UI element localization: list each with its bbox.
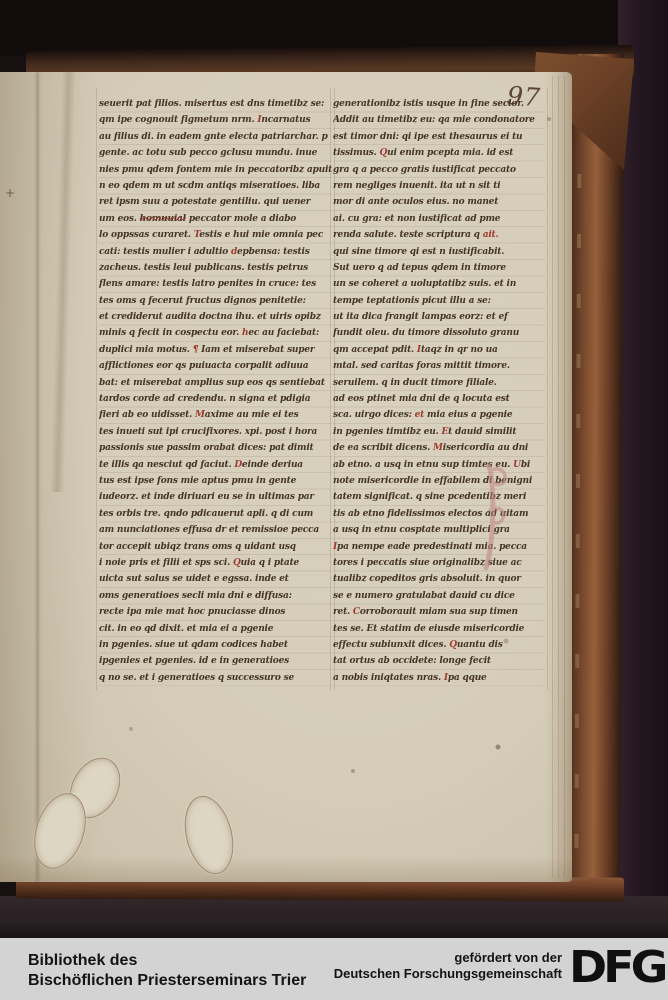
library-name-line2: Bischöflichen Priesterseminars Trier	[28, 971, 306, 991]
text-segment: Sut uero q ad tepus qdem in timore	[333, 263, 506, 273]
text-segment: renda salute. teste scriptura q	[333, 230, 483, 240]
manuscript-text-line: gra q a pecco gratis iustificat peccato	[333, 162, 545, 178]
text-segment: tes orbis tre. qndo pdicauerut apli. q d…	[99, 509, 313, 519]
manuscript-text-line: tissimus. Qui enim pcepta mia. id est	[333, 145, 545, 161]
manuscript-text-line: afflictiones eor qs puiuacta corpalit ad…	[99, 358, 332, 374]
text-segment: lo oppssas curaret.	[99, 230, 194, 240]
manuscript-text-line: fieri ab eo uidisset. Maxime au mie ei t…	[99, 407, 332, 423]
text-segment: mtal. sed caritas foras mittit timore.	[333, 361, 510, 371]
text-segment: tardos corde ad credendu. n signa et pdi…	[99, 394, 310, 404]
book-cover-right-edge	[568, 54, 624, 900]
text-column-left: seuerit pat filios. misertus est dns tim…	[99, 96, 332, 686]
manuscript-text-line: cati: testis mulier i adultio depbensa: …	[99, 244, 332, 260]
text-segment: cit. in eo qd dixit. et mia ei a pgenie	[99, 624, 273, 634]
text-segment: tualibz copeditos gris absoluit. in quor	[333, 574, 521, 584]
manuscript-text-line: seruilem. q in ducit timore filiale.	[333, 375, 545, 391]
manuscript-text-line: q no se. et i generatioes q successuro s…	[99, 670, 332, 686]
text-segment: ui enim pcepta mia. id est	[387, 148, 513, 158]
text-segment: passionis sue passim orabat dices: pat d…	[99, 443, 314, 453]
manuscript-text-line: au filius di. in eadem gnte electa patri…	[99, 129, 332, 145]
text-column-right: generationibz istis usque in fine seclor…	[333, 96, 545, 686]
manuscript-text-line: de ea scribit dicens. Misericordia au dn…	[333, 440, 545, 456]
manuscript-text-line: nies pmu qdem fontem mie in peccatoribz …	[99, 162, 332, 178]
manuscript-text-line: tor accepit ubiqz trans oms q uidant usq	[99, 539, 332, 555]
rubric-initial: ait.	[483, 230, 499, 240]
manuscript-text-line: n eo qdem m ut scdm antiqs miseratioes. …	[99, 178, 332, 194]
manuscript-text-line: tualibz copeditos gris absoluit. in quor	[333, 571, 545, 587]
text-segment: de ea scribit dicens.	[333, 443, 433, 453]
text-segment: a nobis iniqtates nras.	[333, 673, 444, 683]
text-segment: oms generatioes secli mia dni e diffusa:	[99, 591, 292, 601]
text-segment: est timor dni: qi ipe est thesaurus ei t…	[333, 132, 522, 142]
bottom-shading	[0, 856, 572, 882]
manuscript-text-line: tis ab etno fidelissimos electos ad uita…	[333, 506, 545, 522]
manuscript-text-line: sca. uirgo dices: et mia eius a pgenie	[333, 407, 545, 423]
text-segment: q no se. et i generatioes q successuro s…	[99, 673, 294, 683]
manuscript-text-line: tes oms q fecerut fructus dignos penitet…	[99, 293, 332, 309]
manuscript-text-line: tatem significat. q sine pcedentibz meri	[333, 489, 545, 505]
text-segment: flens amare: testis latro penites in cru…	[99, 279, 316, 289]
text-segment: tor accepit ubiqz trans oms q uidant usq	[99, 542, 296, 552]
rubric-initial: M	[195, 410, 205, 420]
manuscript-text-line: qui sine timore qi est n iustificabit.	[333, 244, 545, 260]
manuscript-text-line: Sut uero q ad tepus qdem in timore	[333, 260, 545, 276]
manuscript-text-line: bat: et miserebat amplius sup eos qs sen…	[99, 375, 332, 391]
rubric-initial: D	[234, 460, 242, 470]
funding-credit: gefördert von der Deutschen Forschungsge…	[334, 950, 562, 982]
manuscript-text-line: zacheus. testis leui publicans. testis p…	[99, 260, 332, 276]
backdrop-bottom	[0, 896, 668, 940]
manuscript-text-line: tes se. Et statim de eiusde misericordie	[333, 621, 545, 637]
manuscript-text-line: qm accepat pdit. Itaqz in qr no ua	[333, 342, 545, 358]
text-segment: uia q i ptate	[241, 558, 299, 568]
manuscript-text-line: passionis sue passim orabat dices: pat d…	[99, 440, 332, 456]
text-segment: au filius di. in eadem gnte electa patri…	[99, 132, 328, 142]
text-segment: Iam et miserebat super	[198, 345, 314, 355]
text-segment: isericordia au dni	[443, 443, 528, 453]
manuscript-text-line: tores i peccatis siue originalibz siue a…	[333, 555, 545, 571]
manuscript-text-line: a nobis iniqtates nras. Ipa qque	[333, 670, 545, 686]
text-segment: pa qque	[448, 673, 487, 683]
manuscript-text-line: minis q fecit in cospectu eor. hec au fa…	[99, 325, 332, 341]
text-segment: taqz in qr no ua	[421, 345, 498, 355]
text-segment: ipgenies et pgenies. id e in generatioes	[99, 656, 289, 666]
text-segment: nies pmu qdem fontem mie in peccatoribz …	[99, 165, 332, 175]
manuscript-text-line: te illis qa nesciut qd faciut. Deinde de…	[99, 457, 332, 473]
manuscript-text-line: un se coheret a uoluptatibz suis. et in	[333, 276, 545, 292]
manuscript-text-line: tus est ipse fons mie aptus pmu in gente	[99, 473, 332, 489]
funding-credit-line2: Deutschen Forschungsgemeinschaft	[334, 966, 562, 982]
manuscript-text-line: tes inueti sut ipi crucifixores. xpi. po…	[99, 424, 332, 440]
manuscript-text-line: oms generatioes secli mia dni e diffusa:	[99, 588, 332, 604]
margin-flourish-ornament	[470, 462, 512, 572]
text-segment: ret.	[333, 607, 353, 617]
text-segment: uantu dis	[457, 640, 503, 650]
text-segment: gente. ac totu sub pecco gclusu mundu. i…	[99, 148, 317, 158]
text-segment: ncarnatus	[261, 115, 310, 125]
text-segment: mia eius a pgenie	[424, 410, 512, 420]
text-segment: seuerit pat filios. misertus est dns tim…	[99, 99, 324, 109]
text-segment: iudeorz. et inde diriuari eu se in ultim…	[99, 492, 314, 502]
manuscript-text-line: tardos corde ad credendu. n signa et pdi…	[99, 391, 332, 407]
manuscript-text-line: note misericordie in effabilem di benign…	[333, 473, 545, 489]
manuscript-text-line: mtal. sed caritas foras mittit timore.	[333, 358, 545, 374]
text-segment: estis e hui mie omnia pec	[199, 230, 323, 240]
text-segment: generationibz istis usque in fine seclor…	[333, 99, 524, 109]
manuscript-text-line: uicta sut salus se uidet e egssa. inde e…	[99, 571, 332, 587]
text-segment: duplici mia motus.	[99, 345, 193, 355]
manuscript-text-line: effectu subiunxit dices. Quantu dis	[333, 637, 545, 653]
parchment-specks	[0, 0, 2, 2]
text-segment: un se coheret a uoluptatibz suis. et in	[333, 279, 516, 289]
footer-banner: Bibliothek des Bischöflichen Priestersem…	[0, 938, 668, 1000]
rubric-initial: M	[433, 443, 443, 453]
rubric-initial: Q	[449, 640, 457, 650]
text-segment: qm ipe cognouit figmetum nrm.	[99, 115, 257, 125]
rubric-initial: Q	[233, 558, 241, 568]
text-segment: ut ita dica frangit lampas eorz: et ef	[333, 312, 508, 322]
text-segment: et crediderut audita doctna ihu. et uiri…	[99, 312, 321, 322]
text-segment: einde deriua	[242, 460, 303, 470]
manuscript-text-line: ai. cu gra: et non iustificat ad pme	[333, 211, 545, 227]
text-segment: effectu subiunxit dices.	[333, 640, 449, 650]
manuscript-text-line: i noie pris et filii et sps sci. Quia q …	[99, 555, 332, 571]
manuscript-text-line: lo oppssas curaret. Testis e hui mie omn…	[99, 227, 332, 243]
manuscript-text-line: ad eos ptinet mia dni de q locuta est	[333, 391, 545, 407]
text-segment: zacheus. testis leui publicans. testis p…	[99, 263, 308, 273]
text-segment: bi	[521, 460, 530, 470]
page-edge-lines	[552, 76, 570, 878]
text-segment: cati: testis mulier i adultio	[99, 247, 231, 257]
text-segment: in pgenies timtibz eu.	[333, 427, 441, 437]
text-segment: epbensa: testis	[237, 247, 310, 257]
text-segment: ai. cu gra: et non iustificat ad pme	[333, 214, 500, 224]
manuscript-text-line: rem negliges inuenit. ita ut n sit ti	[333, 178, 545, 194]
text-segment: fieri ab eo uidisset.	[99, 410, 195, 420]
manuscript-text-line: in pgenies. siue ut qdam codices habet	[99, 637, 332, 653]
manuscript-scan-page: 97 seuerit pat filios. misertus est dns …	[0, 0, 668, 1000]
manuscript-text-line: tat ortus ab occidete: longe fecit	[333, 653, 545, 669]
library-name-line1: Bibliothek des	[28, 951, 306, 971]
text-segment: axime au mie ei tes	[205, 410, 299, 420]
text-segment: qui sine timore qi est n iustificabit.	[333, 247, 504, 257]
text-segment: n eo qdem m ut scdm antiqs miseratioes. …	[99, 181, 320, 191]
text-segment: orroborauit miam sua sup timen	[360, 607, 518, 617]
text-segment: t dauid similit	[448, 427, 516, 437]
manuscript-text-line: iudeorz. et inde diriuari eu se in ultim…	[99, 489, 332, 505]
manuscript-text-line: cit. in eo qd dixit. et mia ei a pgenie	[99, 621, 332, 637]
text-segment: i noie pris et filii et sps sci.	[99, 558, 233, 568]
rubric-initial: et	[415, 410, 424, 420]
text-segment: tissimus.	[333, 148, 380, 158]
manuscript-text-line: seuerit pat filios. misertus est dns tim…	[99, 96, 332, 112]
manuscript-text-line: in pgenies timtibz eu. Et dauid similit	[333, 424, 545, 440]
text-segment: seruilem. q in ducit timore filiale.	[333, 378, 497, 388]
manuscript-text-line: qm ipe cognouit figmetum nrm. Incarnatus	[99, 112, 332, 128]
manuscript-text-line: a usq in etnu cosptate multiplici gra	[333, 522, 545, 538]
text-segment: fundit oleu. du timore dissoluto granu	[333, 328, 519, 338]
library-name: Bibliothek des Bischöflichen Priestersem…	[28, 951, 306, 991]
manuscript-text-line: duplici mia motus. ¶ Iam et miserebat su…	[99, 342, 332, 358]
text-segment: mor di ante oculos eius. no manet	[333, 197, 498, 207]
text-segment: gra q a pecco gratis iustificat peccato	[333, 165, 516, 175]
manuscript-text-line: ut ita dica frangit lampas eorz: et ef	[333, 309, 545, 325]
dfg-logo: DFG	[569, 945, 664, 989]
manuscript-text-line: renda salute. teste scriptura q ait.	[333, 227, 545, 243]
text-segment: am nunciationes effusa dr et remissioe p…	[99, 525, 319, 535]
text-segment: rem negliges inuenit. ita ut n sit ti	[333, 181, 500, 191]
text-segment: ad eos ptinet mia dni de q locuta est	[333, 394, 510, 404]
manuscript-text-line: generationibz istis usque in fine seclor…	[333, 96, 545, 112]
text-segment: se e numero gratulabat dauid cu dice	[333, 591, 515, 601]
funding-credit-line1: gefördert von der	[334, 950, 562, 966]
text-segment: tus est ipse fons mie aptus pmu in gente	[99, 476, 296, 486]
manuscript-text-line: ret. Corroborauit miam sua sup timen	[333, 604, 545, 620]
manuscript-text-line: se e numero gratulabat dauid cu dice	[333, 588, 545, 604]
manuscript-text-line: recte ipa mie mat hoc pnuciasse dinos	[99, 604, 332, 620]
text-segment: ret ipsm suu a potestate gentiliu. qui u…	[99, 197, 310, 207]
text-segment: minis q fecit in cospectu eor.	[99, 328, 242, 338]
text-segment: bat: et miserebat amplius sup eos qs sen…	[99, 378, 325, 388]
manuscript-text-line: ret ipsm suu a potestate gentiliu. qui u…	[99, 194, 332, 210]
manuscript-text-line: ipgenies et pgenies. id e in generatioes	[99, 653, 332, 669]
text-segment: tes se. Et statim de eiusde misericordie	[333, 624, 524, 634]
text-segment: tes oms q fecerut fructus dignos penitet…	[99, 296, 306, 306]
text-segment: qm accepat pdit.	[333, 345, 417, 355]
manuscript-text-line: Ipa nempe eade predestinati mia. pecca	[333, 539, 545, 555]
text-segment: tat ortus ab occidete: longe fecit	[333, 656, 491, 666]
manuscript-text-line: mor di ante oculos eius. no manet	[333, 194, 545, 210]
margin-cross-mark: +	[5, 186, 15, 200]
rubric-initial: C	[353, 607, 360, 617]
fold-crease	[36, 72, 39, 882]
text-segment: homuuial	[140, 214, 186, 224]
rubric-initial: U	[513, 460, 521, 470]
manuscript-text-line: gente. ac totu sub pecco gclusu mundu. i…	[99, 145, 332, 161]
manuscript-text-line: tes orbis tre. qndo pdicauerut apli. q d…	[99, 506, 332, 522]
text-segment: um eos.	[99, 214, 140, 224]
text-segment: ec au faciebat:	[248, 328, 319, 338]
manuscript-text-line: Addit au timetibz eu: qa mie condonatore	[333, 112, 545, 128]
text-segment: tes inueti sut ipi crucifixores. xpi. po…	[99, 427, 317, 437]
manuscript-text-line: est timor dni: qi ipe est thesaurus ei t…	[333, 129, 545, 145]
text-segment: recte ipa mie mat hoc pnuciasse dinos	[99, 607, 285, 617]
text-segment: peccator mole a diabo	[186, 214, 296, 224]
text-segment: tempe teptationis picut illu a se:	[333, 296, 491, 306]
manuscript-text-line: ab etno. a usq in etnu sup timtes eu. Ub…	[333, 457, 545, 473]
text-segment: te illis qa nesciut qd faciut.	[99, 460, 234, 470]
manuscript-text-line: et crediderut audita doctna ihu. et uiri…	[99, 309, 332, 325]
text-segment: uicta sut salus se uidet e egssa. inde e…	[99, 574, 289, 584]
manuscript-text-line: am nunciationes effusa dr et remissioe p…	[99, 522, 332, 538]
text-segment: sca. uirgo dices:	[333, 410, 415, 420]
manuscript-text-line: fundit oleu. du timore dissoluto granu	[333, 325, 545, 341]
manuscript-text-line: um eos. homuuial peccator mole a diabo	[99, 211, 332, 227]
text-segment: in pgenies. siue ut qdam codices habet	[99, 640, 288, 650]
text-segment: Addit au timetibz eu: qa mie condonatore	[333, 115, 535, 125]
manuscript-text-line: flens amare: testis latro penites in cru…	[99, 276, 332, 292]
text-segment: afflictiones eor qs puiuacta corpalit ad…	[99, 361, 308, 371]
manuscript-text-line: tempe teptationis picut illu a se:	[333, 293, 545, 309]
